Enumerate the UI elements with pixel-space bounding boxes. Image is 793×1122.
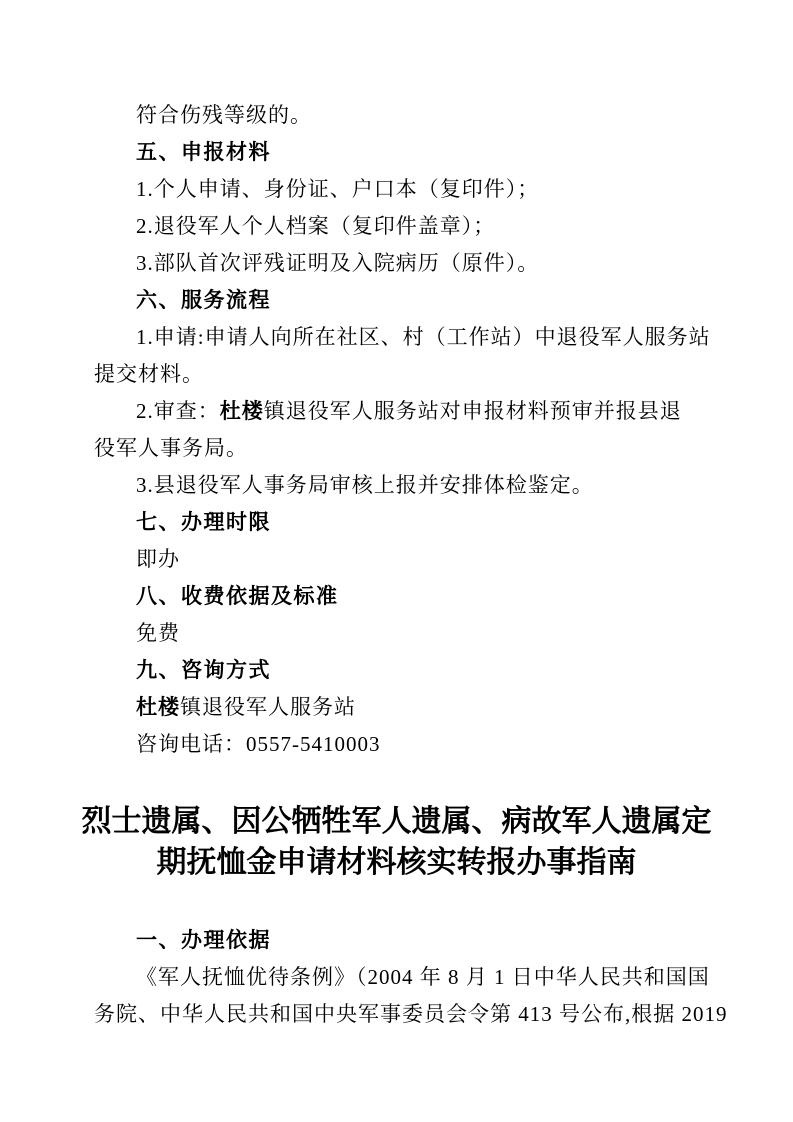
body-line: 符合伤残等级的。 [94, 97, 703, 134]
body-line: 《军人抚恤优待条例》（2004 年 8 月 1 日中华人民共和国国 [94, 959, 703, 996]
bold-text-run-dulou: 杜楼 [220, 400, 264, 423]
bold-text-run-dulou: 杜楼 [136, 696, 180, 719]
body-line: 免费 [94, 615, 703, 652]
document-body-section-one: 符合伤残等级的。 五、申报材料 1.个人申请、身份证、户口本（复印件）； 2.退… [0, 0, 793, 763]
text-run: 2.审查： [136, 399, 220, 423]
service-station-line: 杜楼镇退役军人服务站 [94, 689, 703, 726]
text-run: 镇退役军人服务站 [180, 695, 356, 719]
body-line: 1.个人申请、身份证、户口本（复印件）； [94, 171, 703, 208]
section-heading-time-limit: 七、办理时限 [94, 504, 703, 541]
body-line: 务院、中华人民共和国中央军事委员会令第 413 号公布,根据 2019 [94, 996, 703, 1033]
body-line: 提交材料。 [94, 356, 703, 393]
title-line-1: 烈士遗属、因公牺牲军人遗属、病故军人遗属定 [0, 801, 793, 842]
document-body-section-two: 一、办理依据 《军人抚恤优待条例》（2004 年 8 月 1 日中华人民共和国国… [0, 922, 793, 1033]
body-line: 3.县退役军人事务局审核上报并安排体检鉴定。 [94, 467, 703, 504]
body-line: 3.部队首次评残证明及入院病历（原件）。 [94, 245, 703, 282]
title-line-2: 期抚恤金申请材料核实转报办事指南 [0, 842, 793, 883]
section-heading-process: 六、服务流程 [94, 282, 703, 319]
section-heading-basis: 一、办理依据 [94, 922, 703, 959]
section-heading-fees: 八、收费依据及标准 [94, 578, 703, 615]
document-title: 烈士遗属、因公牺牲军人遗属、病故军人遗属定 期抚恤金申请材料核实转报办事指南 [0, 801, 793, 883]
contact-phone-line: 咨询电话：0557-5410003 [94, 726, 703, 763]
body-line: 役军人事务局。 [94, 430, 703, 467]
document-page: 符合伤残等级的。 五、申报材料 1.个人申请、身份证、户口本（复印件）； 2.退… [0, 0, 793, 1122]
body-line: 即办 [94, 541, 703, 578]
body-line: 2.审查：杜楼镇退役军人服务站对申报材料预审并报县退 [94, 393, 703, 430]
section-heading-materials: 五、申报材料 [94, 134, 703, 171]
body-line: 2.退役军人个人档案（复印件盖章）； [94, 208, 703, 245]
body-line: 1.申请:申请人向所在社区、村（工作站）中退役军人服务站 [94, 319, 703, 356]
text-run: 镇退役军人服务站对申报材料预审并报县退 [264, 399, 682, 423]
section-heading-contact: 九、咨询方式 [94, 652, 703, 689]
